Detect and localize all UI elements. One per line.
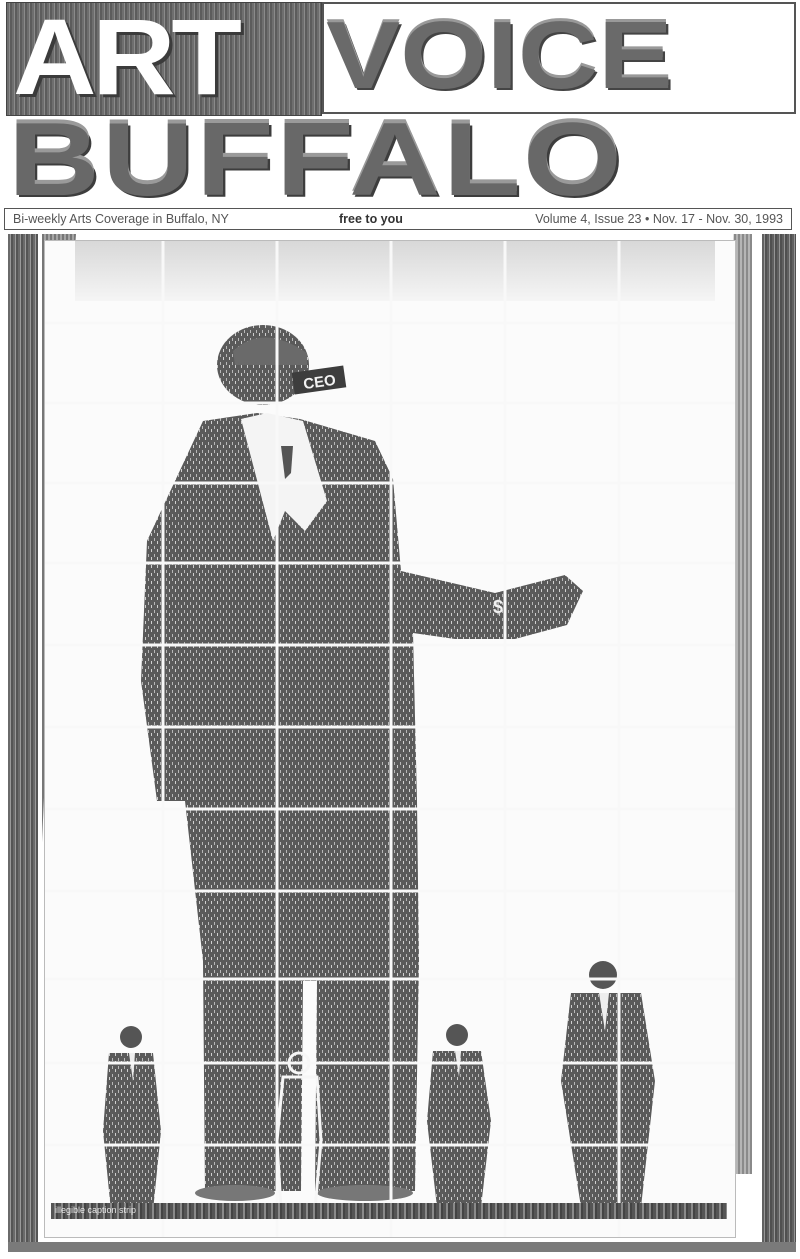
mural-figures: CEO $ [45, 241, 735, 1237]
photo-edge-bottom [8, 1242, 796, 1252]
ceo-badge: CEO [302, 372, 337, 393]
small-man-3 [427, 1024, 491, 1207]
cover-image: CEO $ illegible caption strip [8, 234, 796, 1252]
mural: CEO $ illegible caption strip [44, 240, 736, 1238]
art-block: ART [6, 2, 322, 116]
issue-info: Volume 4, Issue 23 • Nov. 17 - Nov. 30, … [535, 212, 783, 226]
info-bar: Bi-weekly Arts Coverage in Buffalo, NY f… [4, 208, 792, 230]
photo-edge-left [8, 234, 38, 1248]
dollar-sign: $ [493, 597, 503, 617]
photo-edge-right [762, 234, 796, 1248]
voice-block: VOICE [322, 2, 796, 114]
tagline: Bi-weekly Arts Coverage in Buffalo, NY [13, 212, 339, 226]
price-label: free to you [339, 212, 479, 226]
title-art: ART [13, 7, 238, 107]
title-buffalo: BUFFALO [8, 112, 624, 208]
giant-ceo-figure [141, 325, 583, 1201]
caption-text: illegible caption strip [51, 1203, 727, 1217]
masthead: ART VOICE BUFFALO [6, 2, 794, 206]
caption-strip: illegible caption strip [51, 1203, 727, 1219]
small-man-1 [103, 1026, 161, 1211]
title-voice: VOICE [326, 8, 673, 104]
small-man-4 [561, 961, 655, 1207]
